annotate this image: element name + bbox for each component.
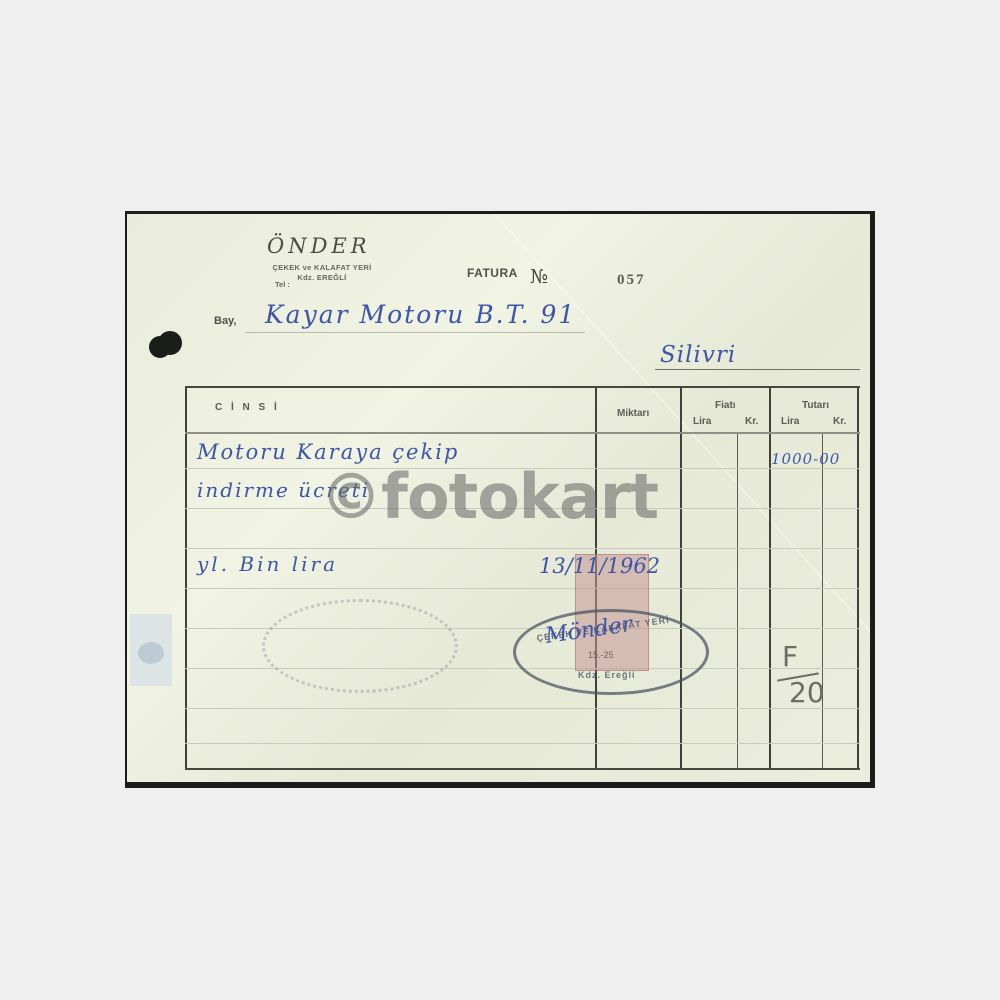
tel-label: Tel :: [275, 280, 290, 289]
column-divider: [769, 388, 771, 770]
line-item-amount: 1000-00: [771, 450, 840, 468]
header-divider: [185, 432, 860, 434]
faded-seal: [262, 599, 458, 693]
fiati-kr: Kr.: [745, 416, 758, 427]
row-line: [185, 708, 860, 709]
customer-name: Kayar Motoru B.T. 91: [265, 300, 576, 329]
row-line: [185, 548, 860, 549]
column-cinsi: C İ N S İ: [215, 402, 280, 413]
stain-icon: [138, 642, 164, 664]
column-fiati: Fiatı: [715, 400, 736, 411]
column-miktari: Miktarı: [617, 408, 649, 419]
seal-text-bottom: Kdz. Ereğli: [578, 670, 636, 680]
column-divider: [680, 388, 682, 770]
table-border-right: [857, 388, 859, 770]
fatura-label: FATURA: [467, 266, 518, 280]
table-border-bottom: [185, 768, 860, 770]
fiati-lira: Lira: [693, 416, 711, 427]
row-line: [185, 588, 860, 589]
location: Silivri: [660, 342, 736, 368]
punch-hole-icon: [158, 331, 182, 355]
invoice-table: C İ N S İ Miktarı Fiatı Lira Kr. Tutarı …: [185, 386, 860, 770]
watermark: ©fotokart: [320, 460, 658, 533]
location-line: [655, 369, 860, 370]
company-name: ÖNDER: [267, 234, 371, 258]
tutari-kr: Kr.: [833, 416, 846, 427]
bay-label: Bay,: [214, 315, 236, 327]
amount-in-words: yl. Bin lira: [197, 552, 338, 576]
table-border-left: [185, 388, 187, 770]
column-divider: [822, 433, 823, 770]
column-tutari: Tutarı: [802, 400, 829, 411]
column-divider: [737, 433, 738, 770]
pencil-note-bottom: 20: [789, 676, 825, 709]
invoice-number: 057: [617, 272, 646, 289]
tutari-lira: Lira: [781, 416, 799, 427]
customer-line: [245, 332, 585, 333]
pencil-note-top: F: [782, 640, 798, 673]
invoice-date: 13/11/1962: [539, 554, 660, 578]
row-line: [185, 743, 860, 744]
tape-patch: [130, 614, 172, 686]
number-sign-icon: №: [530, 266, 548, 288]
company-subtitle: ÇEKEK ve KALAFAT YERİ: [257, 263, 387, 272]
